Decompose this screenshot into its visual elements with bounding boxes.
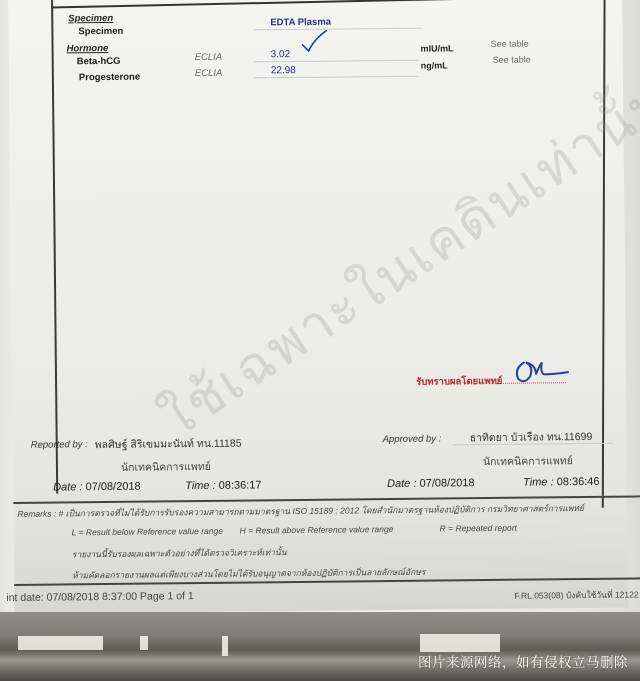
reported-time: Time : 08:36:17 <box>185 479 261 492</box>
date-value: 07/08/2018 <box>420 477 475 490</box>
specimen-value: EDTA Plasma <box>270 17 331 29</box>
image-source-caption: 图片来源网络，如有侵权立马删除 <box>418 651 628 671</box>
remarks-line-3: รายงานนี้รับรองผลเฉพาะตัวอย่างที่ได้ตรวจ… <box>72 545 287 561</box>
time-label: Time : <box>185 480 216 492</box>
specimen-section-heading: Specimen <box>68 13 113 24</box>
date-label: Date : <box>387 478 416 490</box>
header-divider <box>51 0 603 8</box>
approved-date: Date : 07/08/2018 <box>387 477 475 490</box>
test-reference: See table <box>493 55 531 65</box>
print-info: int date: 07/08/2018 8:37:00 Page 1 of 1 <box>6 590 194 604</box>
test-name: Beta-hCG <box>77 56 121 67</box>
test-method: ECLIA <box>195 52 223 63</box>
hormone-section-heading: Hormone <box>67 43 109 54</box>
reported-by-name: พลศิษฐ์ สิริเขมมะนันท์ ทน.11185 <box>95 435 242 454</box>
checkmark-icon <box>300 29 328 53</box>
test-unit: ng/mL <box>421 60 448 70</box>
date-value: 07/08/2018 <box>86 481 141 494</box>
lab-report-page: Test Specimen Specimen EDTA Plasma Hormo… <box>8 0 628 614</box>
test-method: ECLIA <box>195 68 223 79</box>
test-reference: See table <box>490 39 528 49</box>
test-result: 3.02 <box>271 49 291 60</box>
physician-signature-icon <box>510 354 580 387</box>
approved-time: Time : 08:36:46 <box>523 476 599 489</box>
photo-background-surface: 图片来源网络，如有侵权立马删除 <box>0 612 640 681</box>
watermark-text: ใช้เฉพาะในเคดินเท่านั้น <box>142 57 640 459</box>
legend-low: L = Result below Reference value range <box>72 526 223 538</box>
time-value: 08:36:17 <box>219 479 262 491</box>
light-reflection <box>18 636 103 650</box>
physician-acknowledgement-label: รับทราบผลโดยแพทย์ <box>416 374 502 390</box>
date-label: Date : <box>53 481 82 493</box>
legend-repeated: R = Repeated report <box>440 523 517 534</box>
page-border-right <box>602 0 605 508</box>
page-border-left <box>51 0 58 494</box>
light-reflection <box>420 634 500 652</box>
test-name: Progesterone <box>79 72 140 84</box>
test-result: 22.98 <box>271 65 296 76</box>
remarks-line-1: Remarks : # เป็นการตรวจที่ไม่ได้รับการรั… <box>17 501 584 521</box>
time-value: 08:36:46 <box>557 476 600 488</box>
specimen-label: Specimen <box>78 26 123 37</box>
time-label: Time : <box>523 476 554 488</box>
light-reflection <box>140 636 148 650</box>
reported-date: Date : 07/08/2018 <box>53 481 141 494</box>
legend-high: H = Result above Reference value range <box>240 524 394 536</box>
form-code: F.RL.053(08) บังคับใช้วันที่ 12122 <box>514 587 638 602</box>
approved-by-label: Approved by : <box>383 433 442 445</box>
reported-by-label: Reported by : <box>31 439 88 451</box>
approved-by-role: นักเทคนิคการแพทย์ <box>483 452 573 470</box>
light-reflection <box>222 636 228 656</box>
reported-by-role: นักเทคนิคการแพทย์ <box>121 458 211 476</box>
test-unit: mIU/mL <box>421 43 454 53</box>
